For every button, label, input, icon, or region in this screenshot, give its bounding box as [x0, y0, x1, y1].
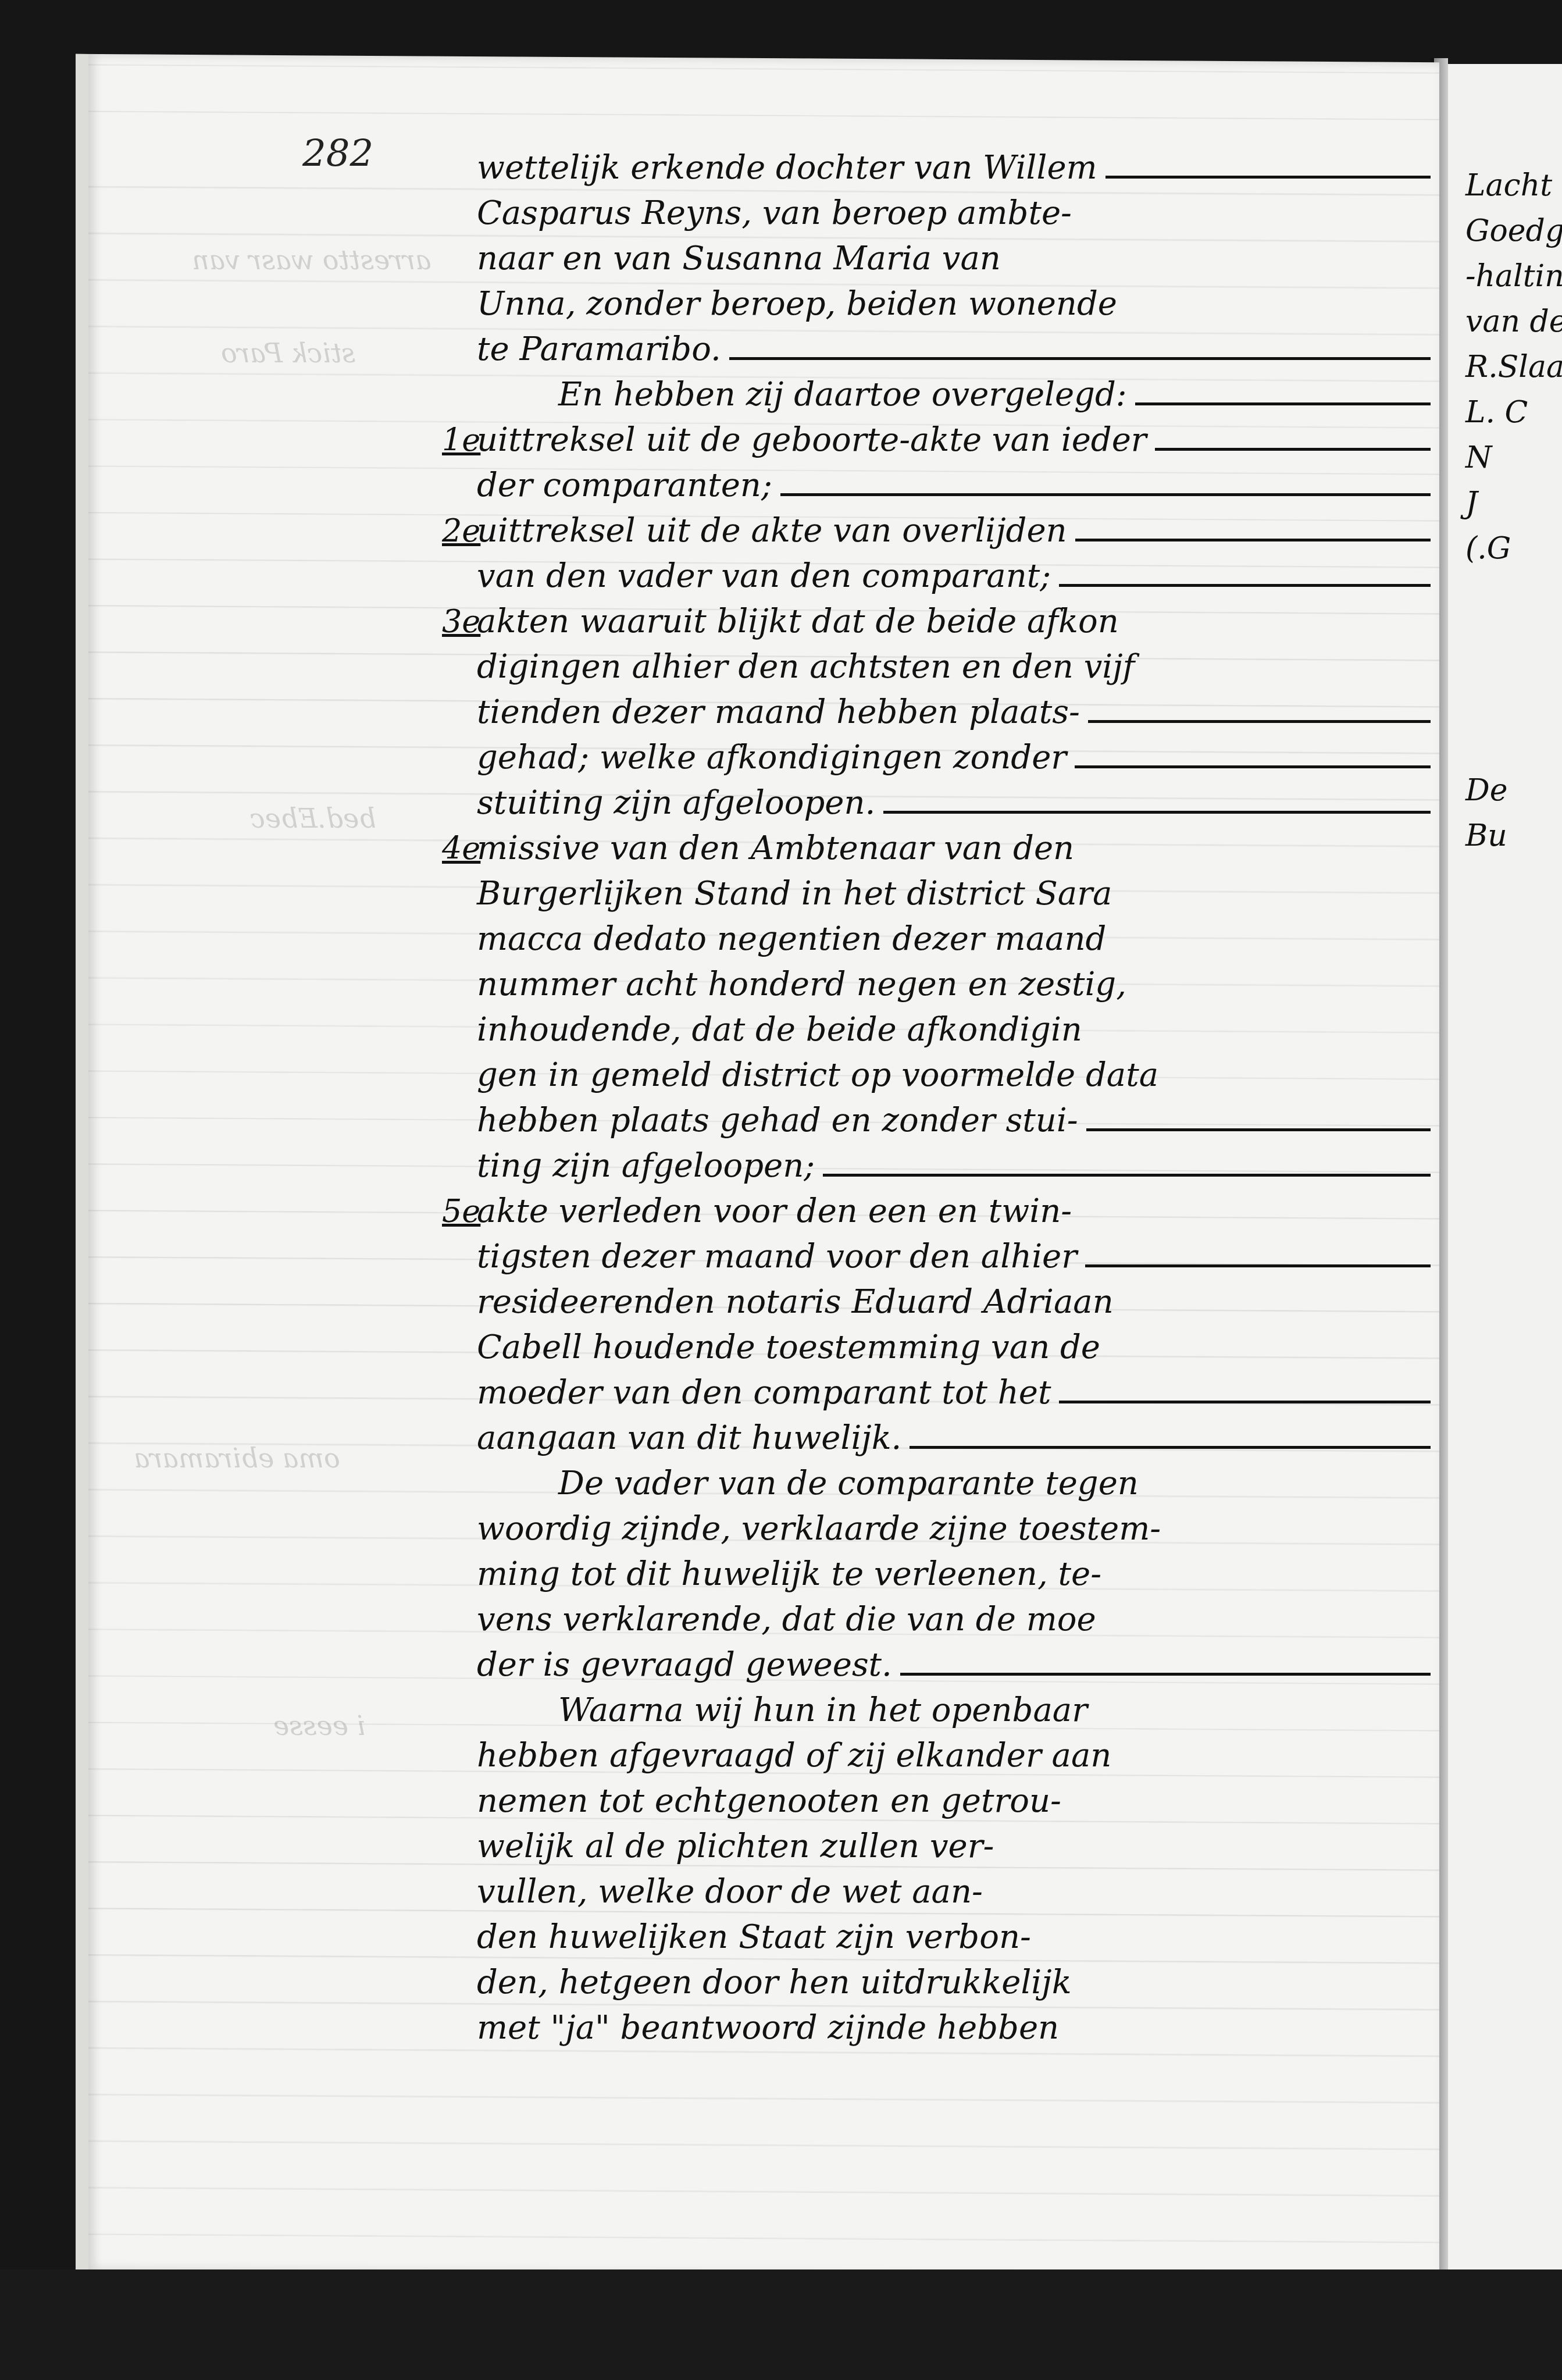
- line-text: De vader van de comparante tegen: [558, 1461, 1139, 1506]
- text-line: Cabell houdende toestemming van de: [477, 1325, 1431, 1370]
- item-number: 1e: [442, 418, 480, 463]
- right-page-fragment: [1465, 571, 1562, 617]
- line-text: woordig zijnde, verklaarde zijne toestem…: [477, 1506, 1161, 1552]
- line-text: Burgerlijken Stand in het district Sara: [477, 871, 1112, 917]
- bleed-through-text: stick Paro: [221, 337, 355, 369]
- line-filler-stroke: [1105, 152, 1431, 179]
- line-text: gehad; welke afkondigingen zonder: [477, 735, 1067, 781]
- line-text: missive van den Ambtenaar van den: [477, 826, 1074, 871]
- scan-bottom-border: [0, 2269, 1562, 2380]
- text-line: welijk al de plichten zullen ver-: [477, 1824, 1431, 1869]
- line-text: naar en van Susanna Maria van: [477, 236, 1001, 282]
- right-page-text: LachtGoedge-haltingvan denR.SlaanL. CNJ(…: [1465, 163, 1562, 858]
- text-line: vens verklarende, dat die van de moe: [477, 1597, 1431, 1643]
- line-filler-stroke: [1155, 425, 1431, 451]
- right-page-fragment: De: [1465, 768, 1562, 813]
- text-line: aangaan van dit huwelijk.: [477, 1416, 1431, 1461]
- bleed-through-text: bed.Ebec: [250, 803, 376, 834]
- bleed-through-text: arrestto wasr van: [192, 244, 431, 276]
- text-line: Waarna wij hun in het openbaar: [477, 1688, 1431, 1733]
- line-text: den, hetgeen door hen uitdrukkelijk: [477, 1960, 1072, 2005]
- text-line: resideerenden notaris Eduard Adriaan: [477, 1280, 1431, 1325]
- right-page-fragment: van den: [1465, 299, 1562, 344]
- line-text: Unna, zonder beroep, beiden wonende: [477, 282, 1117, 327]
- text-line: ming tot dit huwelijk te verleenen, te-: [477, 1552, 1431, 1597]
- text-line: 3eakten waaruit blijkt dat de beide afko…: [477, 599, 1431, 644]
- line-text: Waarna wij hun in het openbaar: [558, 1688, 1087, 1733]
- text-line: den, hetgeen door hen uitdrukkelijk: [477, 1960, 1431, 2005]
- line-filler-stroke: [1135, 379, 1431, 405]
- text-line: Burgerlijken Stand in het district Sara: [477, 871, 1431, 917]
- text-line: moeder van den comparant tot het: [477, 1370, 1431, 1416]
- text-line: tienden dezer maand hebben plaats-: [477, 690, 1431, 735]
- right-page-fragment: J: [1465, 480, 1562, 526]
- right-page-fragment: N: [1465, 435, 1562, 480]
- right-page-fragment: Bu: [1465, 813, 1562, 858]
- text-line: nummer acht honderd negen en zestig,: [477, 962, 1431, 1007]
- text-line: wettelijk erkende dochter van Willem: [477, 145, 1431, 191]
- line-text: stuiting zijn afgeloopen.: [477, 781, 875, 826]
- line-text: gen in gemeld district op voormelde data: [477, 1053, 1158, 1098]
- text-line: hebben afgevraagd of zij elkander aan: [477, 1733, 1431, 1779]
- text-line: gehad; welke afkondigingen zonder: [477, 735, 1431, 781]
- line-filler-stroke: [823, 1150, 1431, 1177]
- line-filler-stroke: [883, 788, 1431, 814]
- line-text: En hebben zij daartoe overgelegd:: [558, 372, 1127, 418]
- text-line: vullen, welke door de wet aan-: [477, 1869, 1431, 1915]
- text-line: digingen alhier den achtsten en den vijf: [477, 644, 1431, 690]
- line-filler-stroke: [1086, 1105, 1431, 1131]
- text-line: En hebben zij daartoe overgelegd:: [477, 372, 1431, 418]
- line-text: te Paramaribo.: [477, 327, 721, 372]
- text-line: 2euittreksel uit de akte van overlijden: [477, 508, 1431, 554]
- line-text: vullen, welke door de wet aan-: [477, 1869, 983, 1915]
- line-text: macca dedato negentien dezer maand: [477, 917, 1106, 962]
- text-line: macca dedato negentien dezer maand: [477, 917, 1431, 962]
- line-text: der comparanten;: [477, 463, 772, 508]
- line-text: tienden dezer maand hebben plaats-: [477, 690, 1080, 735]
- text-line: den huwelijken Staat zijn verbon-: [477, 1915, 1431, 1960]
- text-line: 5eakte verleden voor den een en twin-: [477, 1189, 1431, 1234]
- item-number: 5e: [442, 1189, 480, 1234]
- text-line: 4emissive van den Ambtenaar van den: [477, 826, 1431, 871]
- page-number: 282: [302, 133, 373, 176]
- right-page-fragment: Goedge: [1465, 208, 1562, 254]
- bleed-through-text: oma ebiramara: [134, 1442, 340, 1474]
- line-text: van den vader van den comparant;: [477, 554, 1051, 599]
- text-line: stuiting zijn afgeloopen.: [477, 781, 1431, 826]
- line-text: uittreksel uit de akte van overlijden: [477, 508, 1067, 554]
- line-text: nummer acht honderd negen en zestig,: [477, 962, 1126, 1007]
- line-filler-stroke: [1075, 515, 1431, 541]
- line-text: hebben plaats gehad en zonder stui-: [477, 1098, 1078, 1143]
- right-page-fragment: -halting: [1465, 254, 1562, 299]
- text-line: naar en van Susanna Maria van: [477, 236, 1431, 282]
- text-line: van den vader van den comparant;: [477, 554, 1431, 599]
- line-text: resideerenden notaris Eduard Adriaan: [477, 1280, 1114, 1325]
- line-text: akte verleden voor den een en twin-: [477, 1189, 1072, 1234]
- text-line: ting zijn afgeloopen;: [477, 1143, 1431, 1189]
- item-number: 3e: [442, 599, 480, 644]
- line-filler-stroke: [1075, 742, 1431, 768]
- line-filler-stroke: [780, 470, 1431, 496]
- text-line: gen in gemeld district op voormelde data: [477, 1053, 1431, 1098]
- item-number: 2e: [442, 508, 480, 554]
- line-filler-stroke: [1059, 1377, 1431, 1403]
- text-line: der is gevraagd geweest.: [477, 1643, 1431, 1688]
- right-page-fragment: R.Slaan: [1465, 344, 1562, 390]
- bleed-through-text: i eesse: [273, 1710, 365, 1741]
- line-text: wettelijk erkende dochter van Willem: [477, 145, 1097, 191]
- text-line: tigsten dezer maand voor den alhier: [477, 1234, 1431, 1280]
- line-text: inhoudende, dat de beide afkondigin: [477, 1007, 1082, 1053]
- line-text: vens verklarende, dat die van de moe: [477, 1597, 1096, 1643]
- line-text: tigsten dezer maand voor den alhier: [477, 1234, 1077, 1280]
- line-text: met "ja" beantwoord zijnde hebben: [477, 2005, 1059, 2051]
- text-line: De vader van de comparante tegen: [477, 1461, 1431, 1506]
- text-line: Unna, zonder beroep, beiden wonende: [477, 282, 1431, 327]
- text-line: te Paramaribo.: [477, 327, 1431, 372]
- right-page-fragment: L. C: [1465, 390, 1562, 435]
- text-line: der comparanten;: [477, 463, 1431, 508]
- line-filler-stroke: [900, 1649, 1431, 1676]
- item-number: 4e: [442, 826, 480, 871]
- line-text: nemen tot echtgenooten en getrou-: [477, 1779, 1061, 1824]
- line-text: Cabell houdende toestemming van de: [477, 1325, 1100, 1370]
- line-text: den huwelijken Staat zijn verbon-: [477, 1915, 1031, 1960]
- line-text: Casparus Reyns, van beroep ambte-: [477, 191, 1072, 236]
- line-filler-stroke: [1059, 561, 1431, 587]
- line-text: hebben afgevraagd of zij elkander aan: [477, 1733, 1111, 1779]
- line-text: welijk al de plichten zullen ver-: [477, 1824, 994, 1869]
- text-line: hebben plaats gehad en zonder stui-: [477, 1098, 1431, 1143]
- text-line: Casparus Reyns, van beroep ambte-: [477, 191, 1431, 236]
- line-filler-stroke: [1085, 1241, 1431, 1267]
- line-text: moeder van den comparant tot het: [477, 1370, 1051, 1416]
- text-line: woordig zijnde, verklaarde zijne toestem…: [477, 1506, 1431, 1552]
- right-page-fragment: Lacht: [1465, 163, 1562, 208]
- scanned-register-image: LachtGoedge-haltingvan denR.SlaanL. CNJ(…: [0, 0, 1562, 2380]
- right-page-fragment: (.G: [1465, 526, 1562, 571]
- line-filler-stroke: [910, 1423, 1431, 1449]
- line-text: ting zijn afgeloopen;: [477, 1143, 815, 1189]
- right-page-edge: LachtGoedge-haltingvan denR.SlaanL. CNJ(…: [1448, 64, 1562, 2297]
- line-text: der is gevraagd geweest.: [477, 1643, 892, 1688]
- handwritten-body: wettelijk erkende dochter van WillemCasp…: [477, 145, 1431, 2051]
- line-text: ming tot dit huwelijk te verleenen, te-: [477, 1552, 1101, 1597]
- text-line: inhoudende, dat de beide afkondigin: [477, 1007, 1431, 1053]
- line-filler-stroke: [729, 334, 1431, 360]
- text-line: 1euittreksel uit de geboorte-akte van ie…: [477, 418, 1431, 463]
- line-filler-stroke: [1088, 697, 1431, 723]
- line-text: aangaan van dit huwelijk.: [477, 1416, 901, 1461]
- line-text: uittreksel uit de geboorte-akte van iede…: [477, 418, 1147, 463]
- text-line: met "ja" beantwoord zijnde hebben: [477, 2005, 1431, 2051]
- text-line: nemen tot echtgenooten en getrou-: [477, 1779, 1431, 1824]
- line-text: akten waaruit blijkt dat de beide afkon: [477, 599, 1119, 644]
- line-text: digingen alhier den achtsten en den vijf: [477, 644, 1135, 690]
